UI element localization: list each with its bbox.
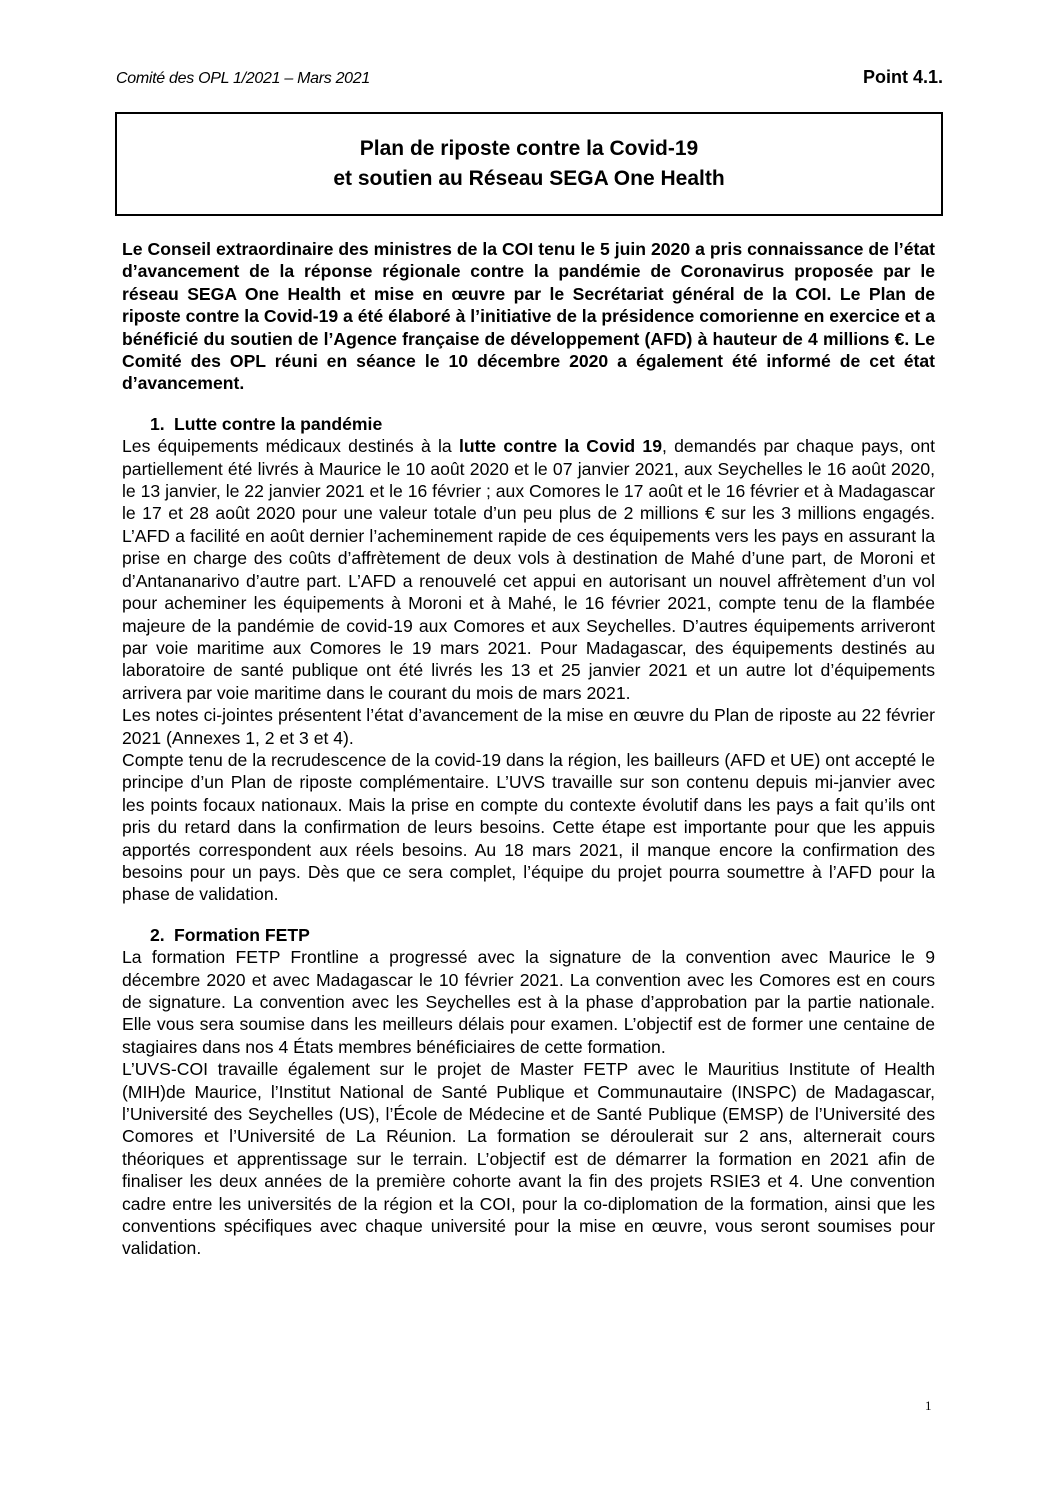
header-meeting-reference: Comité des OPL 1/2021 – Mars 2021 [116, 70, 370, 88]
document-page: Comité des OPL 1/2021 – Mars 2021 Point … [0, 0, 1058, 1497]
title-box: Plan de riposte contre la Covid-19 et so… [115, 112, 943, 216]
text-run: , demandés par chaque pays, ont partiell… [122, 436, 935, 702]
section-2-paragraph-1: La formation FETP Frontline a progressé … [122, 946, 935, 1058]
section-heading-2: 2.Formation FETP [150, 924, 935, 946]
section-1-paragraph-1: Les équipements médicaux destinés à la l… [122, 435, 935, 704]
section-number: 2. [150, 924, 174, 946]
section-heading-1: 1.Lutte contre la pandémie [150, 413, 935, 435]
section-number: 1. [150, 413, 174, 435]
intro-paragraph: Le Conseil extraordinaire des ministres … [122, 238, 935, 395]
page-number: 1 [925, 1398, 932, 1414]
document-body: Le Conseil extraordinaire des ministres … [122, 238, 935, 1260]
section-1-paragraph-3: Compte tenu de la recrudescence de la co… [122, 749, 935, 906]
section-2-paragraph-2: L’UVS-COI travaille également sur le pro… [122, 1058, 935, 1260]
title-line-1: Plan de riposte contre la Covid-19 [360, 134, 698, 164]
title-line-2: et soutien au Réseau SEGA One Health [333, 164, 724, 194]
header-agenda-point: Point 4.1. [863, 67, 943, 88]
section-title-text: Formation FETP [174, 925, 310, 945]
bold-text-run: lutte contre la Covid 19 [459, 436, 662, 456]
text-run: Les équipements médicaux destinés à la [122, 436, 459, 456]
section-1-paragraph-2: Les notes ci-jointes présentent l’état d… [122, 704, 935, 749]
section-title-text: Lutte contre la pandémie [174, 414, 382, 434]
